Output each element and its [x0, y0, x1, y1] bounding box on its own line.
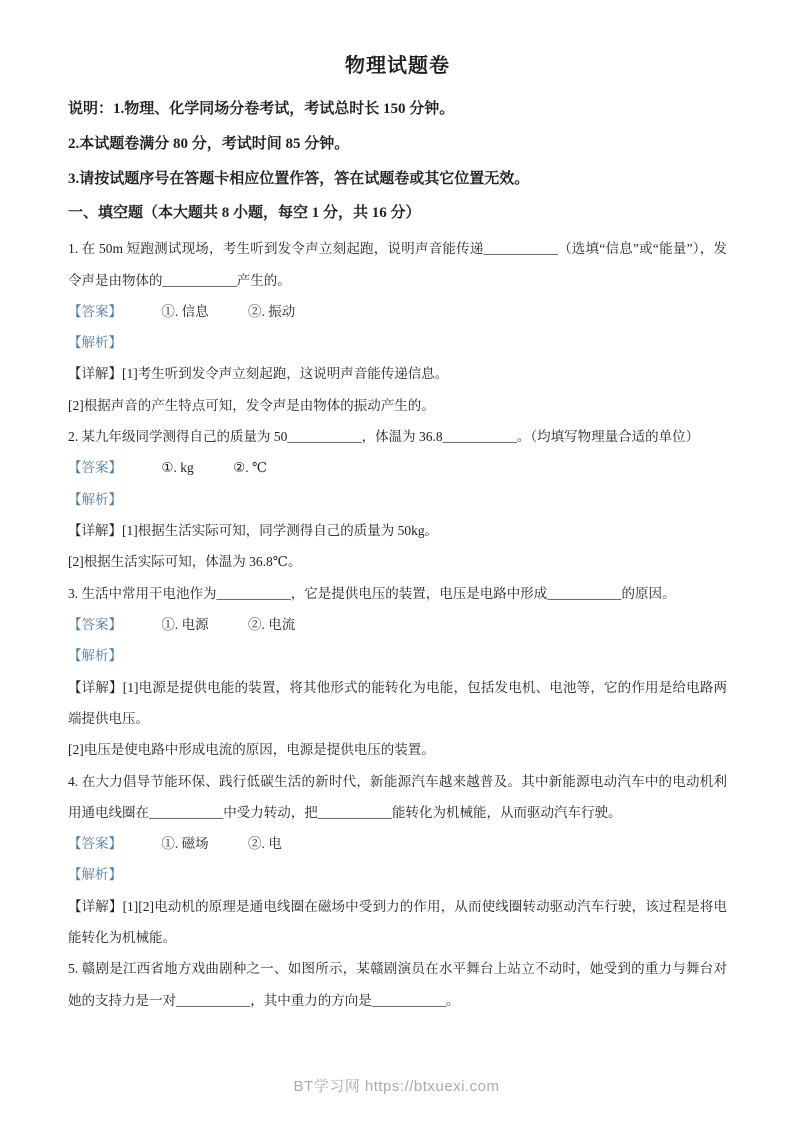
question-3-answer-row: 【答案】 ①. 电源 ②. 电流 [68, 609, 727, 640]
answer-item-1: ①. kg [161, 460, 193, 475]
question-2-detail-2: [2]根据生活实际可知，体温为 36.8℃。 [68, 546, 727, 577]
question-1-stem: 1. 在 50m 短跑测试现场，考生听到发令声立刻起跑，说明声音能传递_____… [68, 233, 727, 296]
question-1-answer-row: 【答案】 ①. 信息 ②. 振动 [68, 296, 727, 327]
question-2-answer-row: 【答案】 ①. kg ②. ℃ [68, 452, 727, 483]
question-1: 1. 在 50m 短跑测试现场，考生听到发令声立刻起跑，说明声音能传递_____… [68, 233, 727, 421]
analysis-label: 【解析】 [68, 327, 727, 358]
question-4: 4. 在大力倡导节能环保、践行低碳生活的新时代，新能源汽车越来越普及。其中新能源… [68, 766, 727, 954]
site-watermark: BT学习网 https://btxuexi.com [0, 1075, 793, 1096]
question-5-stem: 5. 赣剧是江西省地方戏曲剧种之一、如图所示，某赣剧演员在水平舞台上站立不动时，… [68, 953, 727, 1016]
question-3-detail-2: [2]电压是使电路中形成电流的原因，电源是提供电压的装置。 [68, 734, 727, 765]
section-heading-fill-in-blanks: 一、填空题（本大题共 8 小题，每空 1 分，共 16 分） [68, 196, 727, 231]
question-2-stem: 2. 某九年级同学测得自己的质量为 50___________，体温为 36.8… [68, 421, 727, 452]
answer-item-1: ①. 磁场 [161, 836, 208, 851]
analysis-label: 【解析】 [68, 859, 727, 890]
answer-item-1: ①. 电源 [161, 617, 208, 632]
answer-item-2: ②. ℃ [233, 460, 267, 475]
exam-document-page: 物理试题卷 说明：1.物理、化学同场分卷考试，考试总时长 150 分钟。 2.本… [0, 0, 793, 1122]
question-2-detail-1: 【详解】[1]根据生活实际可知，同学测得自己的质量为 50kg。 [68, 515, 727, 546]
answer-item-2: ②. 振动 [248, 304, 295, 319]
instruction-line-1: 说明：1.物理、化学同场分卷考试，考试总时长 150 分钟。 [68, 92, 727, 127]
instruction-line-3: 3.请按试题序号在答题卡相应位置作答，答在试题卷或其它位置无效。 [68, 162, 727, 197]
question-4-detail-1: 【详解】[1][2]电动机的原理是通电线圈在磁场中受到力的作用，从而使线圈转动驱… [68, 891, 727, 954]
answer-item-2: ②. 电 [248, 836, 282, 851]
answer-item-1: ①. 信息 [161, 304, 208, 319]
answer-item-2: ②. 电流 [248, 617, 295, 632]
question-4-answer-row: 【答案】 ①. 磁场 ②. 电 [68, 828, 727, 859]
answer-label: 【答案】 [68, 836, 122, 851]
question-3-stem: 3. 生活中常用干电池作为___________，它是提供电压的装置，电压是电路… [68, 578, 727, 609]
question-4-stem: 4. 在大力倡导节能环保、践行低碳生活的新时代，新能源汽车越来越普及。其中新能源… [68, 766, 727, 829]
page-title: 物理试题卷 [68, 50, 727, 82]
question-3: 3. 生活中常用干电池作为___________，它是提供电压的装置，电压是电路… [68, 578, 727, 766]
instruction-line-2: 2.本试题卷满分 80 分，考试时间 85 分钟。 [68, 127, 727, 162]
question-1-detail-2: [2]根据声音的产生特点可知，发令声是由物体的振动产生的。 [68, 390, 727, 421]
analysis-label: 【解析】 [68, 640, 727, 671]
answer-label: 【答案】 [68, 460, 122, 475]
answer-label: 【答案】 [68, 304, 122, 319]
question-5: 5. 赣剧是江西省地方戏曲剧种之一、如图所示，某赣剧演员在水平舞台上站立不动时，… [68, 953, 727, 1016]
question-2: 2. 某九年级同学测得自己的质量为 50___________，体温为 36.8… [68, 421, 727, 578]
analysis-label: 【解析】 [68, 484, 727, 515]
question-3-detail-1: 【详解】[1]电源是提供电能的装置，将其他形式的能转化为电能，包括发电机、电池等… [68, 672, 727, 735]
question-1-detail-1: 【详解】[1]考生听到发令声立刻起跑，这说明声音能传递信息。 [68, 358, 727, 389]
answer-label: 【答案】 [68, 617, 122, 632]
